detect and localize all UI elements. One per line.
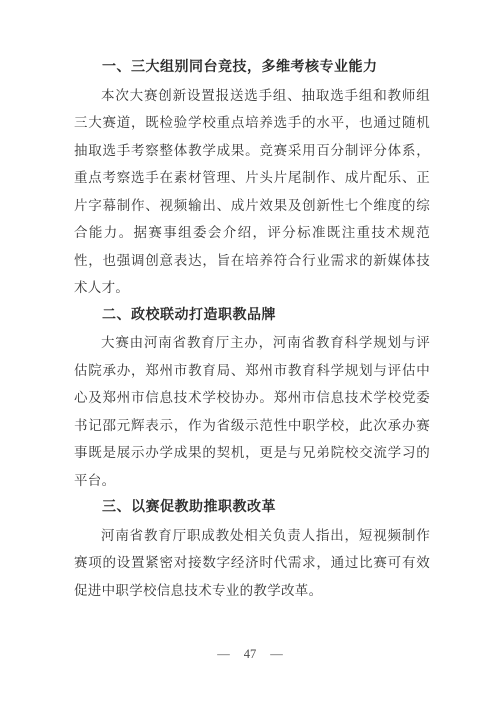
document-body: 一、三大组别同台竞技，多维考核专业能力 本次大赛创新设置报送选手组、抽取选手组和… <box>74 54 430 604</box>
section-3-heading: 三、以赛促教助推职教改革 <box>74 494 430 522</box>
section-3-paragraph: 河南省教育厅职成教处相关负责人指出，短视频制作赛项的设置紧密对接数字经济时代需求… <box>74 522 430 605</box>
footer-dash-left: — <box>217 645 230 663</box>
page-footer: — 47 — <box>0 645 500 663</box>
section-1-heading: 一、三大组别同台竞技，多维考核专业能力 <box>74 54 430 82</box>
section-2-paragraph: 大赛由河南省教育厅主办，河南省教育科学规划与评估院承办，郑州市教育局、郑州市教育… <box>74 329 430 494</box>
section-2-heading: 二、政校联动打造职教品牌 <box>74 302 430 330</box>
footer-dash-right: — <box>270 645 283 663</box>
page-number: 47 <box>244 645 257 663</box>
document-page: 一、三大组别同台竞技，多维考核专业能力 本次大赛创新设置报送选手组、抽取选手组和… <box>0 0 500 707</box>
section-1-paragraph: 本次大赛创新设置报送选手组、抽取选手组和教师组三大赛道，既检验学校重点培养选手的… <box>74 82 430 302</box>
